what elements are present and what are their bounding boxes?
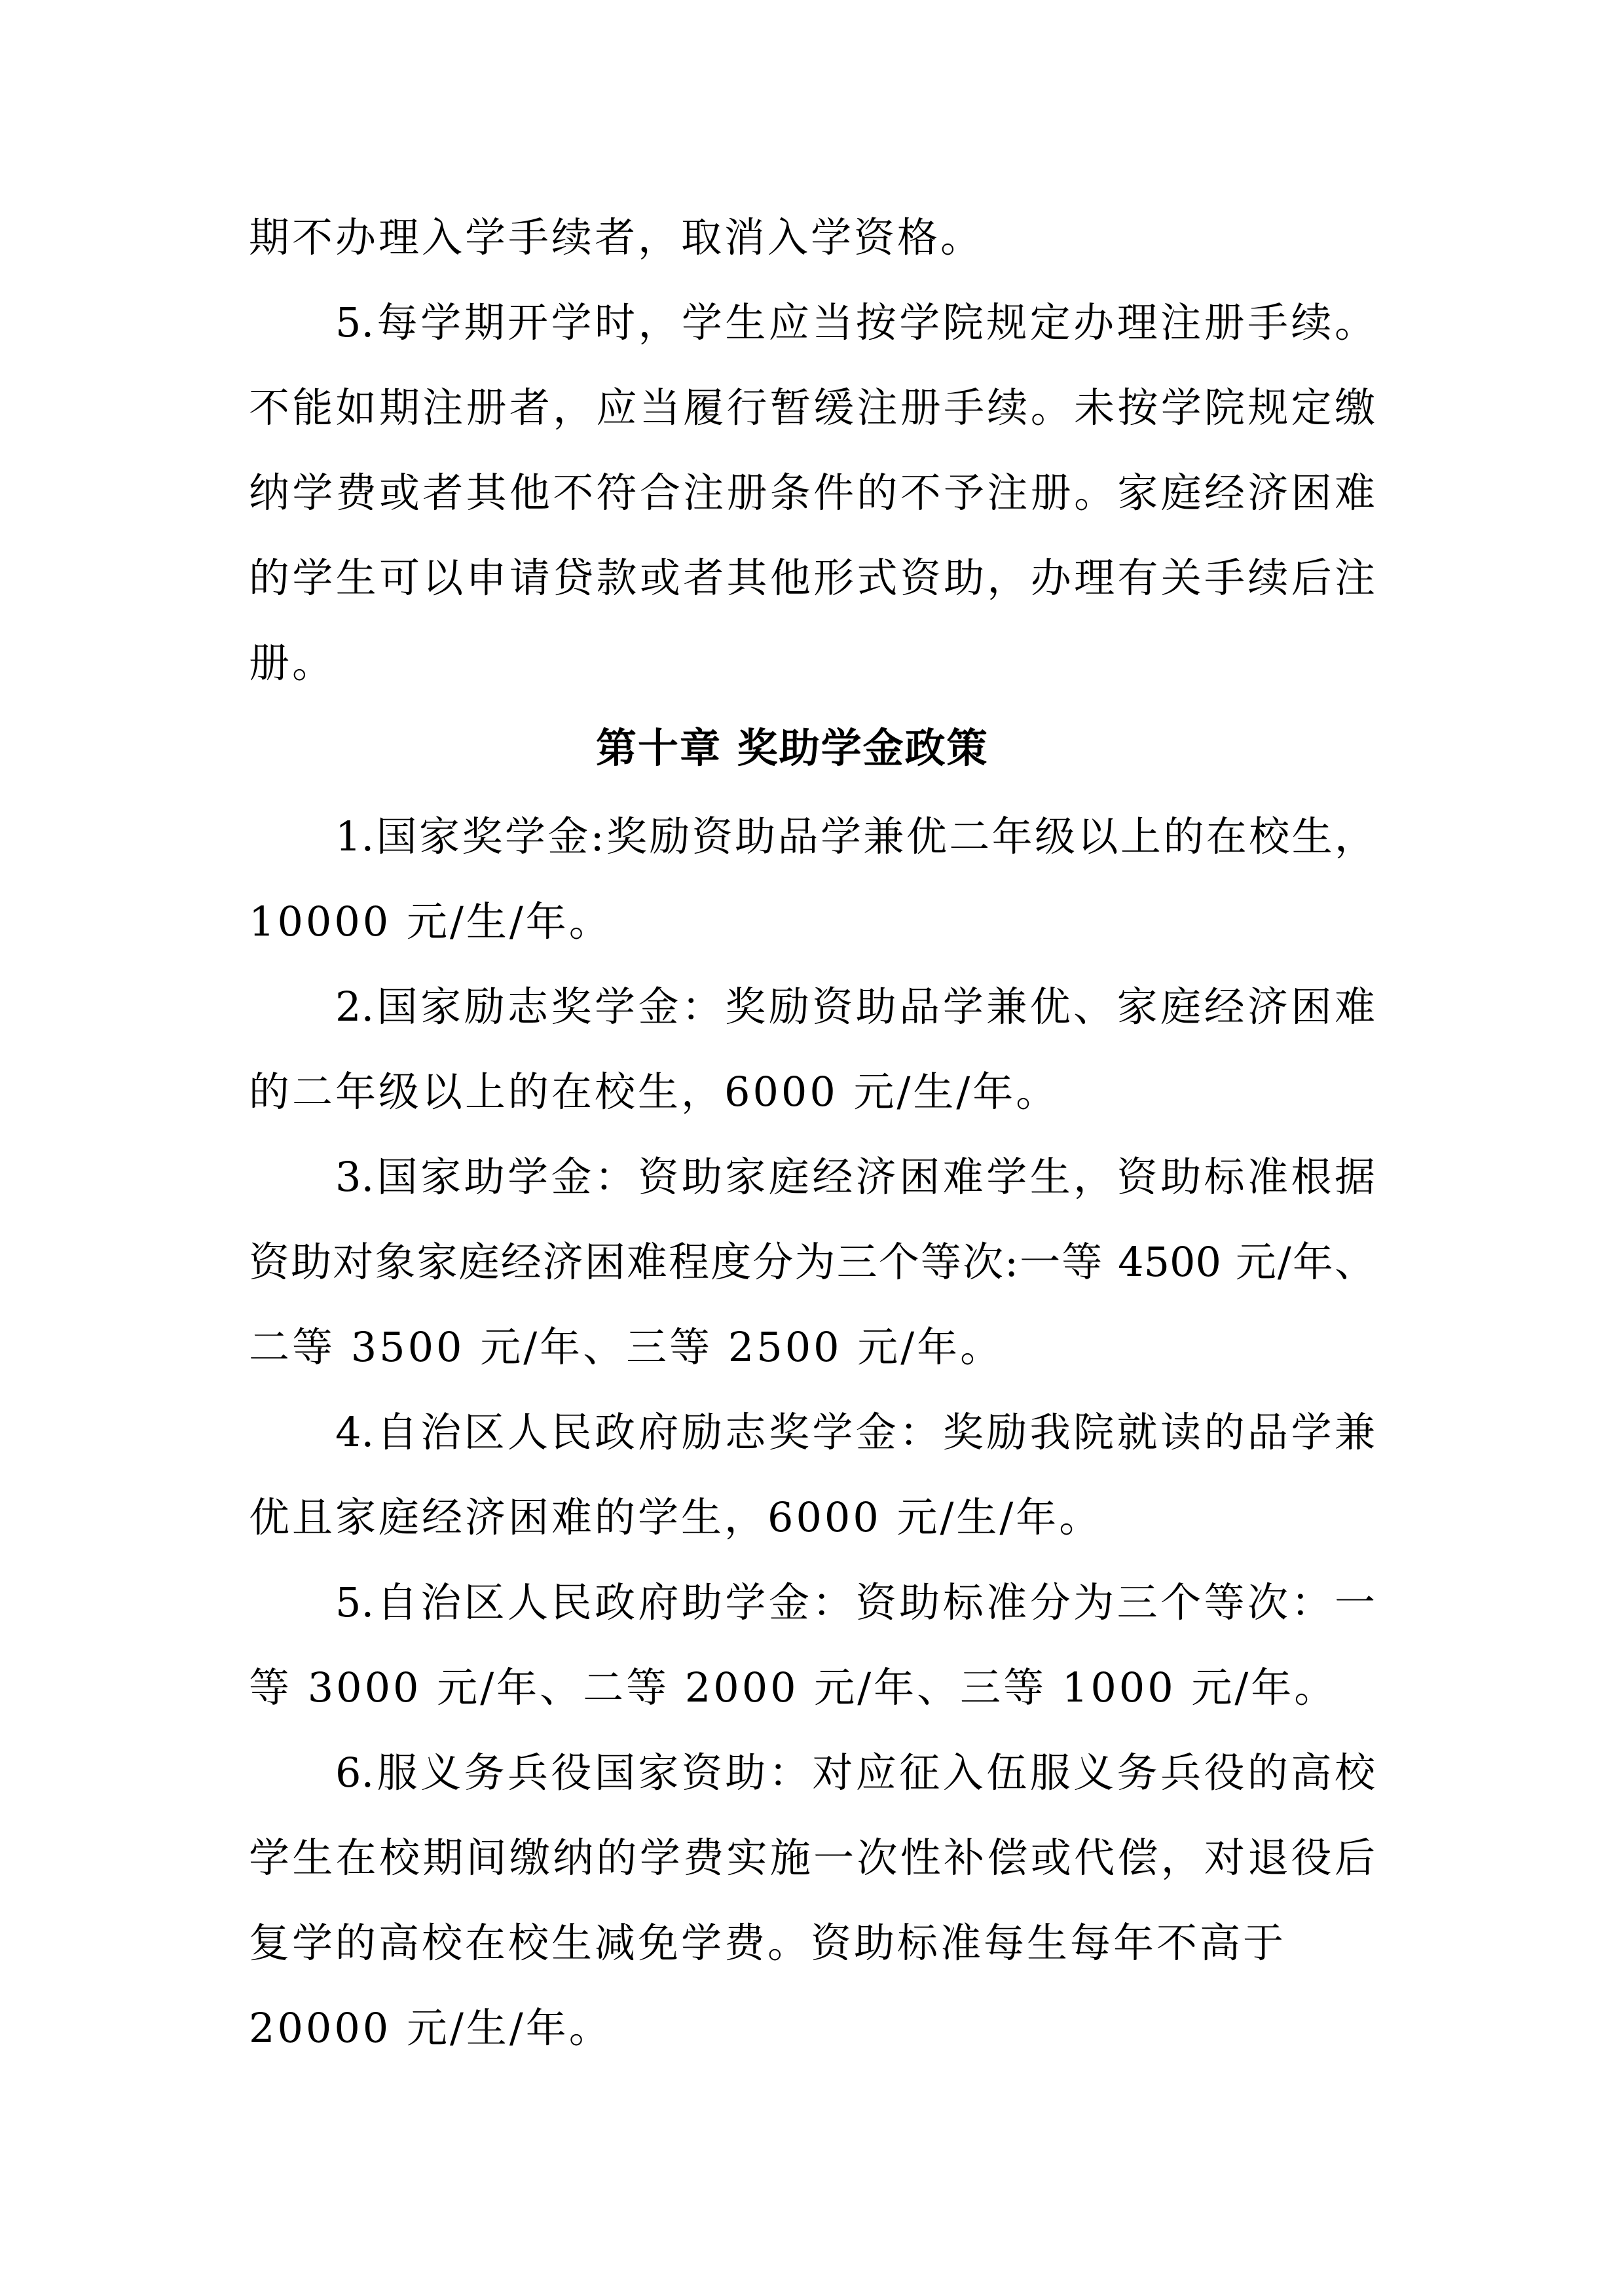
item-3-line: 3.国家助学金：资助家庭经济困难学生，资助标准根据 <box>335 1156 1375 1199</box>
item-5-line: 等 3000 元/年、二等 2000 元/年、三等 1000 元/年。 <box>249 1666 1375 1709</box>
item-6-line: 20000 元/生/年。 <box>249 2007 1375 2050</box>
item-1-line: 1.国家奖学金:奖励资助品学兼优二年级以上的在校生， <box>335 815 1375 858</box>
paragraph-line: 不能如期注册者，应当履行暂缓注册手续。未按学院规定缴 <box>249 386 1375 429</box>
paragraph-line: 纳学费或者其他不符合注册条件的不予注册。家庭经济困难 <box>249 471 1375 515</box>
item-2-line: 2.国家励志奖学金：奖励资助品学兼优、家庭经济困难 <box>335 985 1375 1029</box>
paragraph-line: 5.每学期开学时，学生应当按学院规定办理注册手续。 <box>335 301 1375 344</box>
item-4-line: 4.自治区人民政府励志奖学金：奖励我院就读的品学兼 <box>335 1411 1375 1454</box>
item-6-line: 6.服义务兵役国家资助：对应征入伍服义务兵役的高校 <box>335 1751 1375 1795</box>
item-2-line: 的二年级以上的在校生，6000 元/生/年。 <box>249 1070 1375 1114</box>
item-6-line: 学生在校期间缴纳的学费实施一次性补偿或代偿，对退役后 <box>249 1836 1375 1880</box>
chapter-title: 第十章 奖助学金政策 <box>596 725 904 771</box>
paragraph-line: 期不办理入学手续者，取消入学资格。 <box>249 216 1375 259</box>
paragraph-line: 的学生可以申请贷款或者其他形式资助，办理有关手续后注 <box>249 556 1375 600</box>
item-4-line: 优且家庭经济困难的学生，6000 元/生/年。 <box>249 1496 1375 1539</box>
paragraph-line: 册。 <box>249 642 1375 685</box>
item-3-line: 二等 3500 元/年、三等 2500 元/年。 <box>249 1326 1375 1369</box>
item-1-line: 10000 元/生/年。 <box>249 900 1375 943</box>
item-5-line: 5.自治区人民政府助学金：资助标准分为三个等次：一 <box>335 1581 1375 1624</box>
document-page: 期不办理入学手续者，取消入学资格。 5.每学期开学时，学生应当按学院规定办理注册… <box>0 0 1624 2296</box>
item-3-line: 资助对象家庭经济困难程度分为三个等次:一等 4500 元/年、 <box>249 1241 1375 1284</box>
item-6-line: 复学的高校在校生减免学费。资助标准每生每年不高于 <box>249 1922 1375 1965</box>
